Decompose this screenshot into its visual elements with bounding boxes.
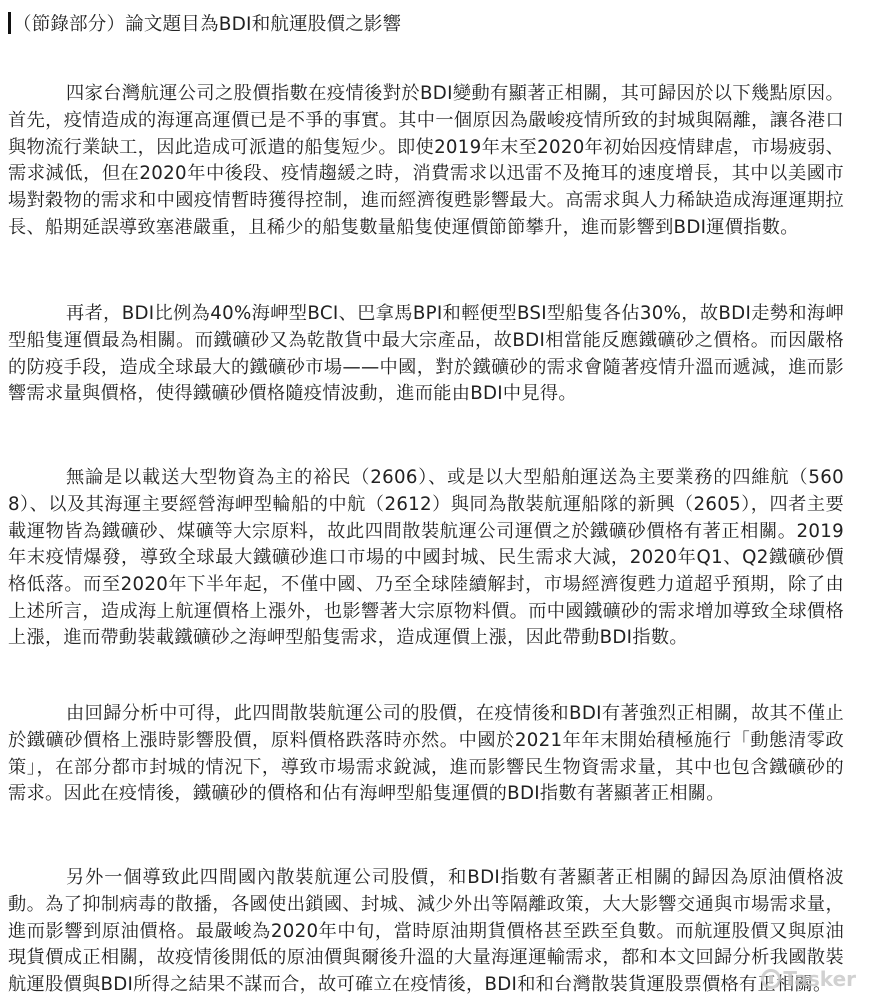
- paragraph-3: 無論是以載送大型物資為主的裕民（2606）、或是以大型船舶運送為主要業務的四維航…: [8, 465, 844, 652]
- document-title: （節錄部分）論文題目為BDI和航運股價之影響: [13, 10, 401, 36]
- watermark-text: Tasker: [783, 967, 856, 991]
- watermark: Tasker: [761, 967, 856, 991]
- paragraph-1: 四家台灣航運公司之股價指數在疫情後對於BDI變動有顯著正相關，其可歸因於以下幾點…: [8, 81, 844, 241]
- paragraph-4: 由回歸分析中可得，此四間散裝航運公司的股價，在疫情後和BDI有著強烈正相關，故其…: [8, 701, 844, 808]
- tasker-logo-icon: [761, 969, 781, 989]
- title-row: （節錄部分）論文題目為BDI和航運股價之影響: [8, 8, 401, 38]
- paragraph-5: 另外一個導致此四間國內散裝航運公司股價，和BDI指數有著顯著正相關的歸因為原油價…: [8, 865, 844, 999]
- paragraph-2: 再者，BDI比例為40%海岬型BCI、巴拿馬BPI和輕便型BSI型船隻各佔30%…: [8, 301, 844, 408]
- text-cursor: [8, 12, 11, 34]
